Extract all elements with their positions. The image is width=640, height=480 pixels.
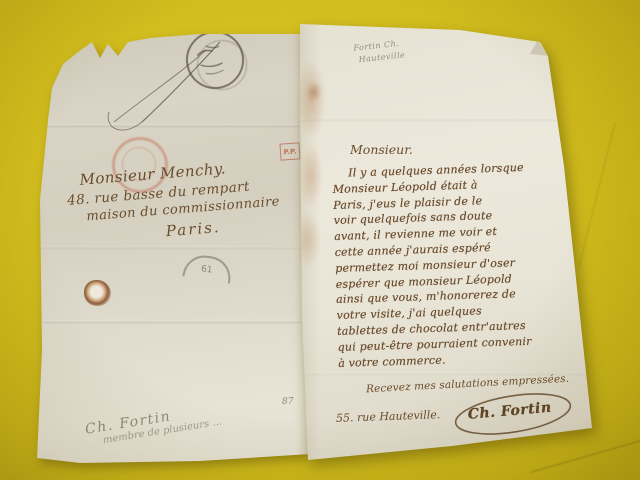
pencil-note: Fortin Ch. Hauteville (353, 37, 406, 66)
signature-block: Ch. Fortin (448, 387, 577, 442)
fold-crease (292, 118, 604, 121)
right-paper: Fortin Ch. Hauteville Monsieur. Il y a q… (292, 16, 604, 468)
rust-stain (295, 212, 321, 268)
left-page-envelope: P.P. Monsieur Menchy. 48. rue basse du r… (34, 34, 316, 464)
left-paper: P.P. Monsieur Menchy. 48. rue basse du r… (34, 34, 316, 464)
salutation: Monsieur. (350, 142, 413, 157)
right-page-letter: Fortin Ch. Hauteville Monsieur. Il y a q… (292, 16, 604, 468)
letter-body: Il y a quelques années lorsque Monsieur … (332, 160, 532, 371)
sender-address: 55. rue Hauteville. (336, 408, 441, 425)
black-postmark-ghost-icon (197, 40, 247, 90)
arc-postmark-number: 61 (201, 264, 213, 275)
rust-stain (306, 82, 322, 102)
rust-stain (299, 144, 323, 208)
ink-flourish-icon (34, 34, 316, 464)
wax-seal-hole (84, 280, 111, 306)
photo-of-old-letter: P.P. Monsieur Menchy. 48. rue basse du r… (0, 0, 640, 480)
